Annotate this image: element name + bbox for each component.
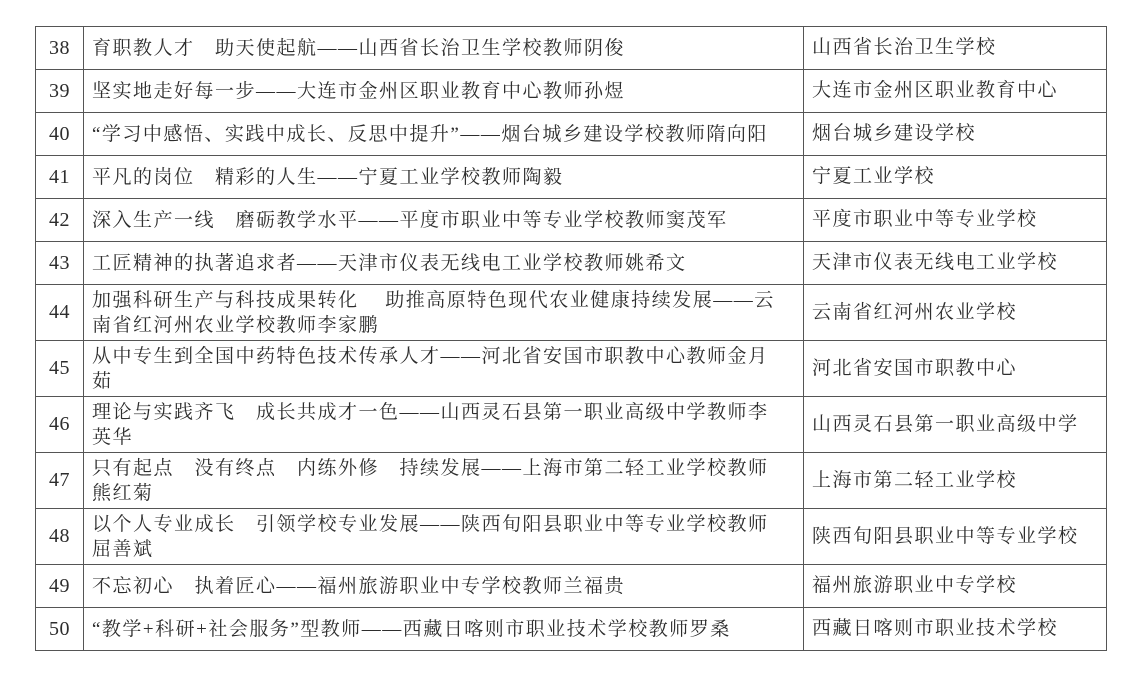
article-title: 坚实地走好每一步——大连市金州区职业教育中心教师孙煜 — [84, 70, 804, 113]
row-number: 39 — [36, 70, 84, 113]
school-name: 河北省安国市职教中心 — [804, 341, 1107, 397]
article-title: “教学+科研+社会服务”型教师——西藏日喀则市职业技术学校教师罗桑 — [84, 608, 804, 651]
school-name: 大连市金州区职业教育中心 — [804, 70, 1107, 113]
school-name: 福州旅游职业中专学校 — [804, 565, 1107, 608]
row-number: 46 — [36, 397, 84, 453]
table-row: 50 “教学+科研+社会服务”型教师——西藏日喀则市职业技术学校教师罗桑 西藏日… — [36, 608, 1107, 651]
article-title: 平凡的岗位 精彩的人生——宁夏工业学校教师陶毅 — [84, 156, 804, 199]
table-row: 42 深入生产一线 磨砺教学水平——平度市职业中等专业学校教师窦茂军 平度市职业… — [36, 199, 1107, 242]
row-number: 42 — [36, 199, 84, 242]
article-title: 以个人专业成长 引领学校专业发展——陕西旬阳县职业中等专业学校教师屈善斌 — [84, 509, 804, 565]
table-row: 47 只有起点 没有终点 内练外修 持续发展——上海市第二轻工业学校教师熊红菊 … — [36, 453, 1107, 509]
table-row: 40 “学习中感悟、实践中成长、反思中提升”——烟台城乡建设学校教师隋向阳 烟台… — [36, 113, 1107, 156]
school-name: 烟台城乡建设学校 — [804, 113, 1107, 156]
row-number: 47 — [36, 453, 84, 509]
table-row: 39 坚实地走好每一步——大连市金州区职业教育中心教师孙煜 大连市金州区职业教育… — [36, 70, 1107, 113]
table-row: 49 不忘初心 执着匠心——福州旅游职业中专学校教师兰福贵 福州旅游职业中专学校 — [36, 565, 1107, 608]
school-name: 西藏日喀则市职业技术学校 — [804, 608, 1107, 651]
row-number: 38 — [36, 27, 84, 70]
row-number: 48 — [36, 509, 84, 565]
teacher-award-table: 38 育职教人才 助天使起航——山西省长治卫生学校教师阴俊 山西省长治卫生学校 … — [35, 26, 1107, 651]
row-number: 44 — [36, 285, 84, 341]
row-number: 50 — [36, 608, 84, 651]
table-row: 44 加强科研生产与科技成果转化 助推高原特色现代农业健康持续发展——云南省红河… — [36, 285, 1107, 341]
school-name: 陕西旬阳县职业中等专业学校 — [804, 509, 1107, 565]
school-name: 宁夏工业学校 — [804, 156, 1107, 199]
article-title: 从中专生到全国中药特色技术传承人才——河北省安国市职教中心教师金月茹 — [84, 341, 804, 397]
row-number: 45 — [36, 341, 84, 397]
school-name: 山西省长治卫生学校 — [804, 27, 1107, 70]
table-row: 48 以个人专业成长 引领学校专业发展——陕西旬阳县职业中等专业学校教师屈善斌 … — [36, 509, 1107, 565]
row-number: 41 — [36, 156, 84, 199]
row-number: 43 — [36, 242, 84, 285]
table-row: 38 育职教人才 助天使起航——山西省长治卫生学校教师阴俊 山西省长治卫生学校 — [36, 27, 1107, 70]
school-name: 云南省红河州农业学校 — [804, 285, 1107, 341]
article-title: 不忘初心 执着匠心——福州旅游职业中专学校教师兰福贵 — [84, 565, 804, 608]
row-number: 40 — [36, 113, 84, 156]
article-title: “学习中感悟、实践中成长、反思中提升”——烟台城乡建设学校教师隋向阳 — [84, 113, 804, 156]
table-row: 41 平凡的岗位 精彩的人生——宁夏工业学校教师陶毅 宁夏工业学校 — [36, 156, 1107, 199]
school-name: 天津市仪表无线电工业学校 — [804, 242, 1107, 285]
school-name: 山西灵石县第一职业高级中学 — [804, 397, 1107, 453]
row-number: 49 — [36, 565, 84, 608]
article-title: 工匠精神的执著追求者——天津市仪表无线电工业学校教师姚希文 — [84, 242, 804, 285]
school-name: 上海市第二轻工业学校 — [804, 453, 1107, 509]
school-name: 平度市职业中等专业学校 — [804, 199, 1107, 242]
article-title: 理论与实践齐飞 成长共成才一色——山西灵石县第一职业高级中学教师李英华 — [84, 397, 804, 453]
article-title: 育职教人才 助天使起航——山西省长治卫生学校教师阴俊 — [84, 27, 804, 70]
table-row: 46 理论与实践齐飞 成长共成才一色——山西灵石县第一职业高级中学教师李英华 山… — [36, 397, 1107, 453]
table-row: 43 工匠精神的执著追求者——天津市仪表无线电工业学校教师姚希文 天津市仪表无线… — [36, 242, 1107, 285]
article-title: 深入生产一线 磨砺教学水平——平度市职业中等专业学校教师窦茂军 — [84, 199, 804, 242]
article-title: 只有起点 没有终点 内练外修 持续发展——上海市第二轻工业学校教师熊红菊 — [84, 453, 804, 509]
article-title: 加强科研生产与科技成果转化 助推高原特色现代农业健康持续发展——云南省红河州农业… — [84, 285, 804, 341]
table-row: 45 从中专生到全国中药特色技术传承人才——河北省安国市职教中心教师金月茹 河北… — [36, 341, 1107, 397]
